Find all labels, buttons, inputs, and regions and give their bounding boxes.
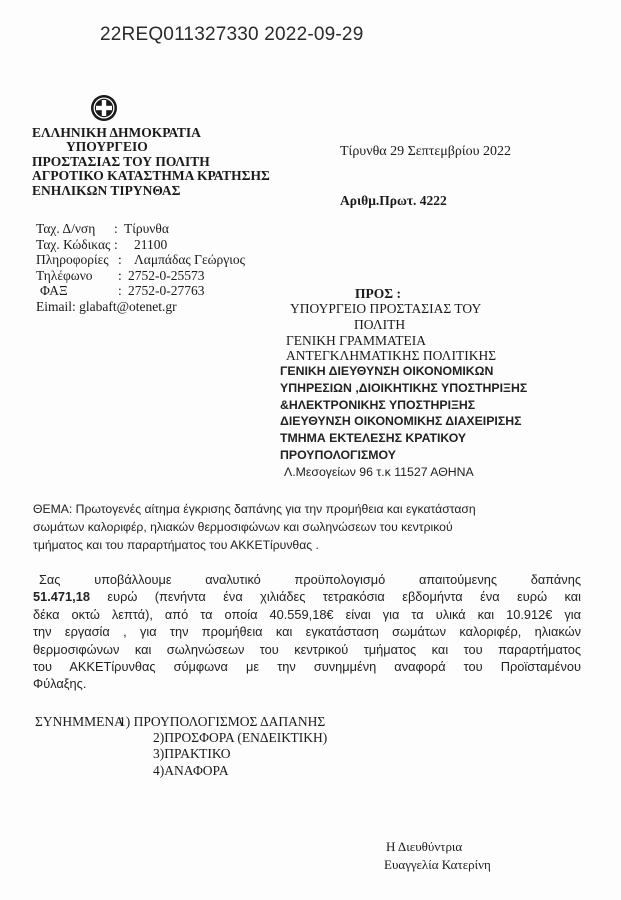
issuer-line: ΕΝΗΛΙΚΩΝ ΤΙΡΥΝΘΑΣ [32, 184, 270, 198]
issuer-line: ΕΛΛΗΝΙΚΗ ΔΗΜΟΚΡΑΤΙΑ [32, 126, 270, 140]
recipient-line: ΔΙΕΥΘΥΝΣΗ ΟΙΚΟΝΟΜΙΚΗΣ ΔΙΑΧΕΙΡΙΣΗΣ [280, 413, 527, 430]
recipient-line: ΠΟΛΙΤΗ [290, 317, 496, 333]
attachment-item: 1) ΠΡΟΥΠΟΛΟΓΙΣΜΟΣ ΔΑΠΑΝΗΣ [119, 714, 325, 730]
recipient-line: ΓΕΝΙΚΗ ΔΙΕΥΘΥΝΣΗ ΟΙΚΟΝΟΜΙΚΩΝ [280, 363, 527, 380]
attachment-row: 3)ΠΡΑΚΤΙΚΟ [35, 746, 327, 762]
contact-value: 2752-0-27763 [128, 283, 205, 299]
contact-separator: : [114, 283, 128, 299]
contact-value: 21100 [124, 237, 167, 253]
attachment-row: 2)ΠΡΟΣΦΟΡΑ (ΕΝΔΕΙΚΤΙΚΗ) [35, 730, 327, 746]
contact-row: Ταχ. Δ/νση : Τίρυνθα [36, 221, 245, 237]
contact-row: Τηλέφωνο : 2752-0-25573 [36, 268, 245, 284]
contact-value: Τίρυνθα [124, 221, 169, 237]
labor-amount: 10.912€ [506, 607, 552, 622]
body-line: Σας υποβάλλουμε αναλυτικό προϋπολογισμό … [33, 571, 581, 588]
recipient-line: ΠΡΟΥΠΟΛΟΓΙΣΜΟΥ [280, 447, 527, 464]
attachment-item: 4)ΑΝΑΦΟΡΑ [153, 763, 229, 779]
issuer-line: ΑΓΡΟΤΙΚΟ ΚΑΤΑΣΤΗΜΑ ΚΡΑΤΗΣΗΣ [32, 169, 270, 183]
attachment-row: 4)ΑΝΑΦΟΡΑ [35, 763, 327, 779]
attachment-item: 2)ΠΡΟΣΦΟΡΑ (ΕΝΔΕΙΚΤΙΚΗ) [153, 730, 327, 746]
body-line: δέκα οκτώ λεπτά), από τα οποία 40.559,18… [33, 606, 581, 623]
attachment-row: ΣΥΝΗΜΜΕΝΑ 1) ΠΡΟΥΠΟΛΟΓΙΣΜΟΣ ΔΑΠΑΝΗΣ [35, 714, 327, 730]
attachments-block: ΣΥΝΗΜΜΕΝΑ 1) ΠΡΟΥΠΟΛΟΓΙΣΜΟΣ ΔΑΠΑΝΗΣ 2)ΠΡ… [35, 714, 327, 779]
recipient-block-serif: ΥΠΟΥΡΓΕΙΟ ΠΡΟΣΤΑΣΙΑΣ ΤΟΥ ΠΟΛΙΤΗ ΓΕΝΙΚΗ Γ… [290, 301, 496, 364]
recipient-line: ΥΠΟΥΡΓΕΙΟ ΠΡΟΣΤΑΣΙΑΣ ΤΟΥ [290, 301, 496, 317]
recipient-line: ΓΕΝΙΚΗ ΓΡΑΜΜΑΤΕΙΑ [286, 333, 496, 349]
contact-separator: : [114, 268, 128, 284]
subject-line: σωμάτων καλοριφέρ, ηλιακών θερμοσιφώνων … [33, 519, 593, 537]
body-line: θερμοσιφώνων και σωληνώσεων του κεντρικο… [33, 641, 581, 658]
contact-label: Ταχ. Κώδικας [36, 237, 114, 253]
contact-separator: : [114, 237, 124, 253]
contact-row: Eimail: glabaft@otenet.gr [36, 299, 245, 315]
contact-label: Ταχ. Δ/νση [36, 221, 114, 237]
contact-value: Λαμπάδας Γεώργιος [128, 252, 245, 268]
recipient-line: ΑΝΤΕΓΚΛΗΜΑΤΙΚΗΣ ΠΟΛΙΤΙΚΗΣ [286, 348, 496, 364]
contact-row: ΦΑΞ : 2752-0-27763 [36, 283, 245, 299]
subject-line: ΘΕΜΑ: Πρωτογενές αίτημα έγκρισης δαπάνης… [33, 501, 593, 519]
protocol-number: Αριθμ.Πρωτ. 4222 [340, 193, 447, 209]
attachments-label: ΣΥΝΗΜΜΕΝΑ [35, 714, 119, 730]
email-line: Eimail: glabaft@otenet.gr [36, 299, 177, 315]
contact-value: 2752-0-25573 [128, 268, 205, 284]
contact-block: Ταχ. Δ/νση : Τίρυνθα Ταχ. Κώδικας : 2110… [36, 221, 245, 315]
contact-separator: : [114, 221, 124, 237]
issuer-line: ΥΠΟΥΡΓΕΙΟ [32, 140, 270, 154]
recipient-address: Λ.Μεσογείων 96 τ.κ 11527 ΑΘΗΝΑ [280, 464, 527, 481]
body-paragraph: Σας υποβάλλουμε αναλυτικό προϋπολογισμό … [33, 571, 581, 693]
contact-separator: : [114, 252, 128, 268]
body-line: Φύλαξης. [33, 675, 581, 692]
recipient-line: ΤΜΗΜΑ ΕΚΤΕΛΕΣΗΣ ΚΡΑΤΙΚΟΥ [280, 430, 527, 447]
document-page: 22REQ011327330 2022-09-29 ΕΛΛΗΝΙΚΗ ΔΗΜΟΚ… [0, 0, 621, 900]
body-line: 51.471,18 ευρώ (πενήντα ένα χιλιάδες τετ… [33, 588, 581, 605]
recipient-title: ΠΡΟΣ : [355, 286, 401, 302]
signatory-role: Η Διευθύντρια [384, 838, 491, 856]
issuer-block: ΕΛΛΗΝΙΚΗ ΔΗΜΟΚΡΑΤΙΑ ΥΠΟΥΡΓΕΙΟ ΠΡΟΣΤΑΣΙΑΣ… [32, 126, 270, 198]
attachment-item: 3)ΠΡΑΚΤΙΚΟ [153, 746, 231, 762]
total-amount: 51.471,18 [33, 589, 90, 604]
place-date: Τίρυνθα 29 Σεπτεμβρίου 2022 [340, 144, 511, 160]
issuer-line: ΠΡΟΣΤΑΣΙΑΣ ΤΟΥ ΠΟΛΙΤΗ [32, 155, 270, 169]
signatory-name: Ευαγγελία Κατερίνη [384, 856, 491, 874]
subject-block: ΘΕΜΑ: Πρωτογενές αίτημα έγκρισης δαπάνης… [33, 501, 593, 554]
body-line: του ΑΚΚΕΤίρυνθας σύμφωνα με την συνημμέν… [33, 658, 581, 675]
greek-coat-of-arms-icon [90, 94, 118, 122]
contact-label: ΦΑΞ [36, 283, 114, 299]
document-id-stamp: 22REQ011327330 2022-09-29 [100, 24, 363, 46]
recipient-line: ΥΠΗΡΕΣΙΩΝ ,ΔΙΟΙΚΗΤΙΚΗΣ ΥΠΟΣΤΗΡΙΞΗΣ [280, 380, 527, 397]
recipient-block-sans: ΓΕΝΙΚΗ ΔΙΕΥΘΥΝΣΗ ΟΙΚΟΝΟΜΙΚΩΝ ΥΠΗΡΕΣΙΩΝ ,… [280, 363, 527, 481]
recipient-line: &ΗΛΕΚΤΡΟΝΙΚΗΣ ΥΠΟΣΤΗΡΙΞΗΣ [280, 397, 527, 414]
contact-label: Πληροφορίες [36, 252, 114, 268]
signature-block: Η Διευθύντρια Ευαγγελία Κατερίνη [384, 838, 491, 874]
materials-amount: 40.559,18€ [270, 607, 334, 622]
contact-row: Ταχ. Κώδικας : 21100 [36, 237, 245, 253]
contact-row: Πληροφορίες : Λαμπάδας Γεώργιος [36, 252, 245, 268]
body-line: την εργασία , για την προμήθεια και εγκα… [33, 623, 581, 640]
subject-line: τμήματος και του παραρτήματος του ΑΚΚΕΤί… [33, 537, 593, 555]
contact-label: Τηλέφωνο [36, 268, 114, 284]
